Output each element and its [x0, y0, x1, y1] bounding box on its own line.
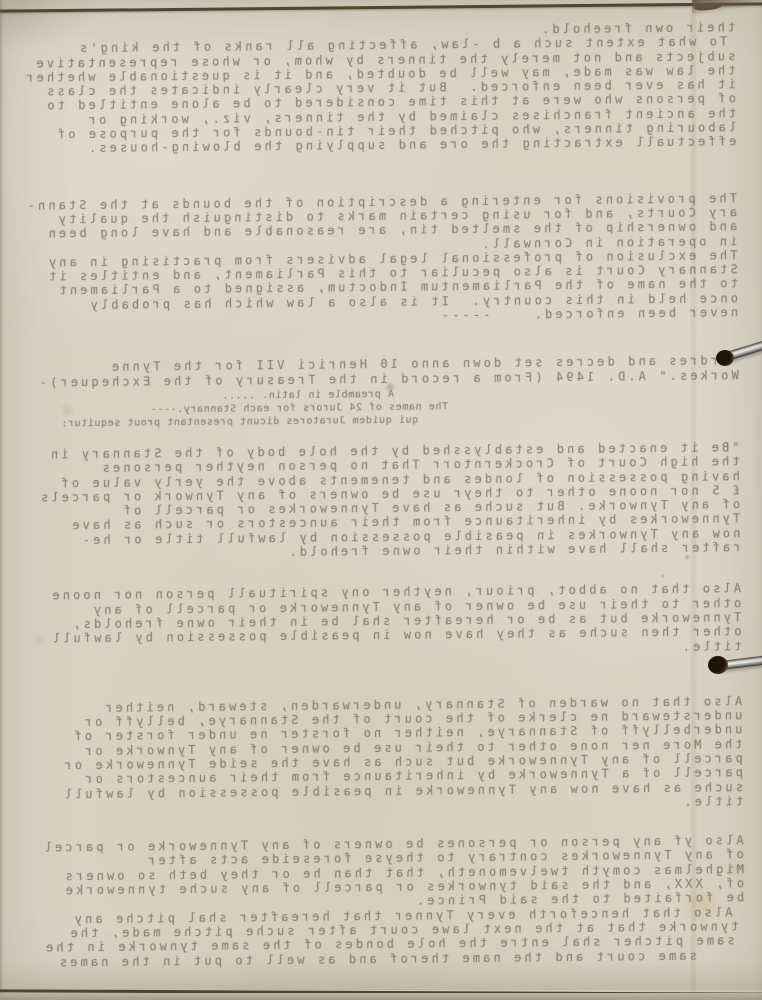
page-left-edge	[0, 0, 3, 1000]
binder-hole	[708, 656, 728, 674]
paragraph: Also that no warden of Stannary, underwa…	[22, 694, 743, 816]
paragraph: The exclusion of professional legal advi…	[18, 248, 739, 327]
binder-ring-top	[716, 350, 762, 378]
page-top-right-corner-shadow	[692, 0, 762, 14]
page-below-edge-strip	[0, 993, 762, 1000]
paragraph: Also that no abbot, priour, neyther ony …	[21, 582, 742, 661]
paragraph: Also yf any person or persones be owners…	[24, 833, 745, 969]
document-page: their own freehold.To what extent such a…	[0, 0, 762, 1000]
binder-hole	[716, 350, 734, 366]
text-tilt-wrapper: their own freehold.To what extent such a…	[15, 14, 745, 969]
paragraph: A preamble in latin. .....The names of 2…	[19, 384, 739, 431]
page-top-edge	[0, 2, 762, 12]
mirror-wrapper: their own freehold.To what extent such a…	[15, 20, 745, 969]
paragraph: "Ordres and decres set down anno 10 Henr…	[19, 354, 739, 390]
paragraph: The provisions for entering a descriptio…	[17, 191, 738, 256]
binder-ring-bottom	[708, 656, 762, 686]
paragraph: To what extent such a b -law, affecting …	[15, 35, 736, 157]
page-bottom-shadow	[0, 960, 762, 990]
paragraph: "Be it enacted and establysshed by the h…	[20, 440, 741, 562]
typewritten-text: their own freehold.To what extent such a…	[15, 20, 745, 969]
